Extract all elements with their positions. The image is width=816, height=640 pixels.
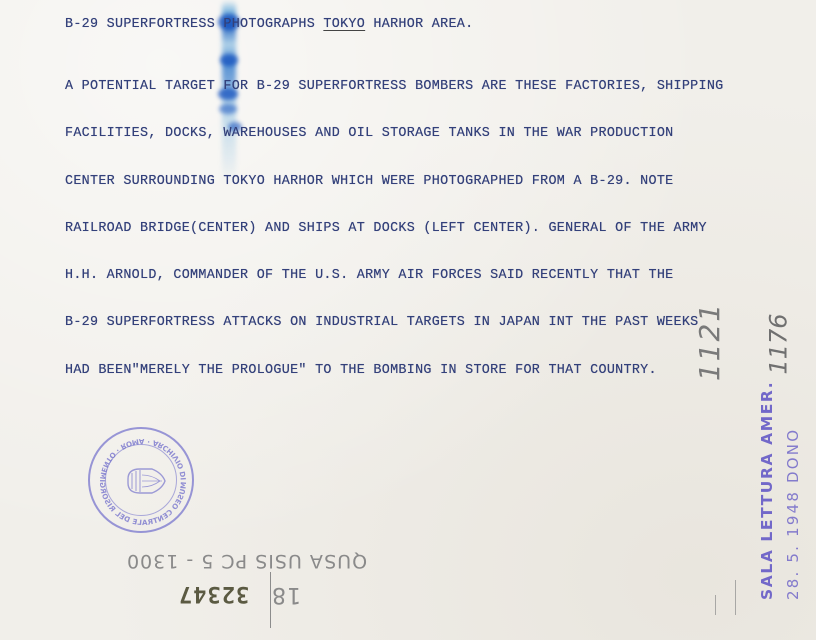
caption-line: FACILITIES, DOCKS, WAREHOUSES AND OIL ST… — [65, 125, 724, 142]
caption-line: HAD BEEN"MERELY THE PROLOGUE" TO THE BOM… — [65, 362, 724, 379]
headline-text-after: HARHOR AREA. — [365, 17, 473, 32]
pencil-margin-line — [715, 595, 716, 615]
pencil-note-number-2: 1176 — [765, 313, 793, 374]
inventory-number-stamp: 32347 — [178, 581, 249, 606]
pencil-divider-line — [270, 572, 271, 628]
headline-text-before: B-29 SUPERFORTRESS PHOTOGRAPHS — [65, 17, 323, 32]
pencil-margin-line — [735, 580, 736, 615]
pencil-reference-note: QUSA USIS PC 5 - 1300 — [126, 550, 367, 572]
pencil-note-number: 1121 — [693, 302, 726, 381]
caption-line: CENTER SURROUNDING TOKYO HARHOR WHICH WE… — [65, 173, 724, 190]
round-archive-stamp: MUSEO CENTRALE DEL RISORGIMENTO · ROMA ·… — [88, 427, 194, 533]
caption-body: A POTENTIAL TARGET FOR B-29 SUPERFORTRES… — [65, 48, 724, 409]
caption-line: H.H. ARNOLD, COMMANDER OF THE U.S. ARMY … — [65, 267, 724, 284]
caption-line: RAILROAD BRIDGE(CENTER) AND SHIPS AT DOC… — [65, 220, 724, 237]
headline-underlined-word: TOKYO — [323, 17, 365, 32]
date-stamp-line-1: 28. 5. 1948 DONO — [782, 428, 804, 600]
pencil-small-number: 18 — [271, 582, 301, 607]
date-stamp-line-2: SALA LETTURA AMER. — [756, 381, 778, 600]
caption-line: A POTENTIAL TARGET FOR B-29 SUPERFORTRES… — [65, 78, 724, 95]
caption-line: B-29 SUPERFORTRESS ATTACKS ON INDUSTRIAL… — [65, 314, 724, 331]
library-date-stamp: 28. 5. 1948 DONO SALA LETTURA AMER. — [760, 428, 816, 600]
stamp-inner-ring — [105, 444, 177, 516]
headline: B-29 SUPERFORTRESS PHOTOGRAPHS TOKYO HAR… — [65, 17, 473, 32]
